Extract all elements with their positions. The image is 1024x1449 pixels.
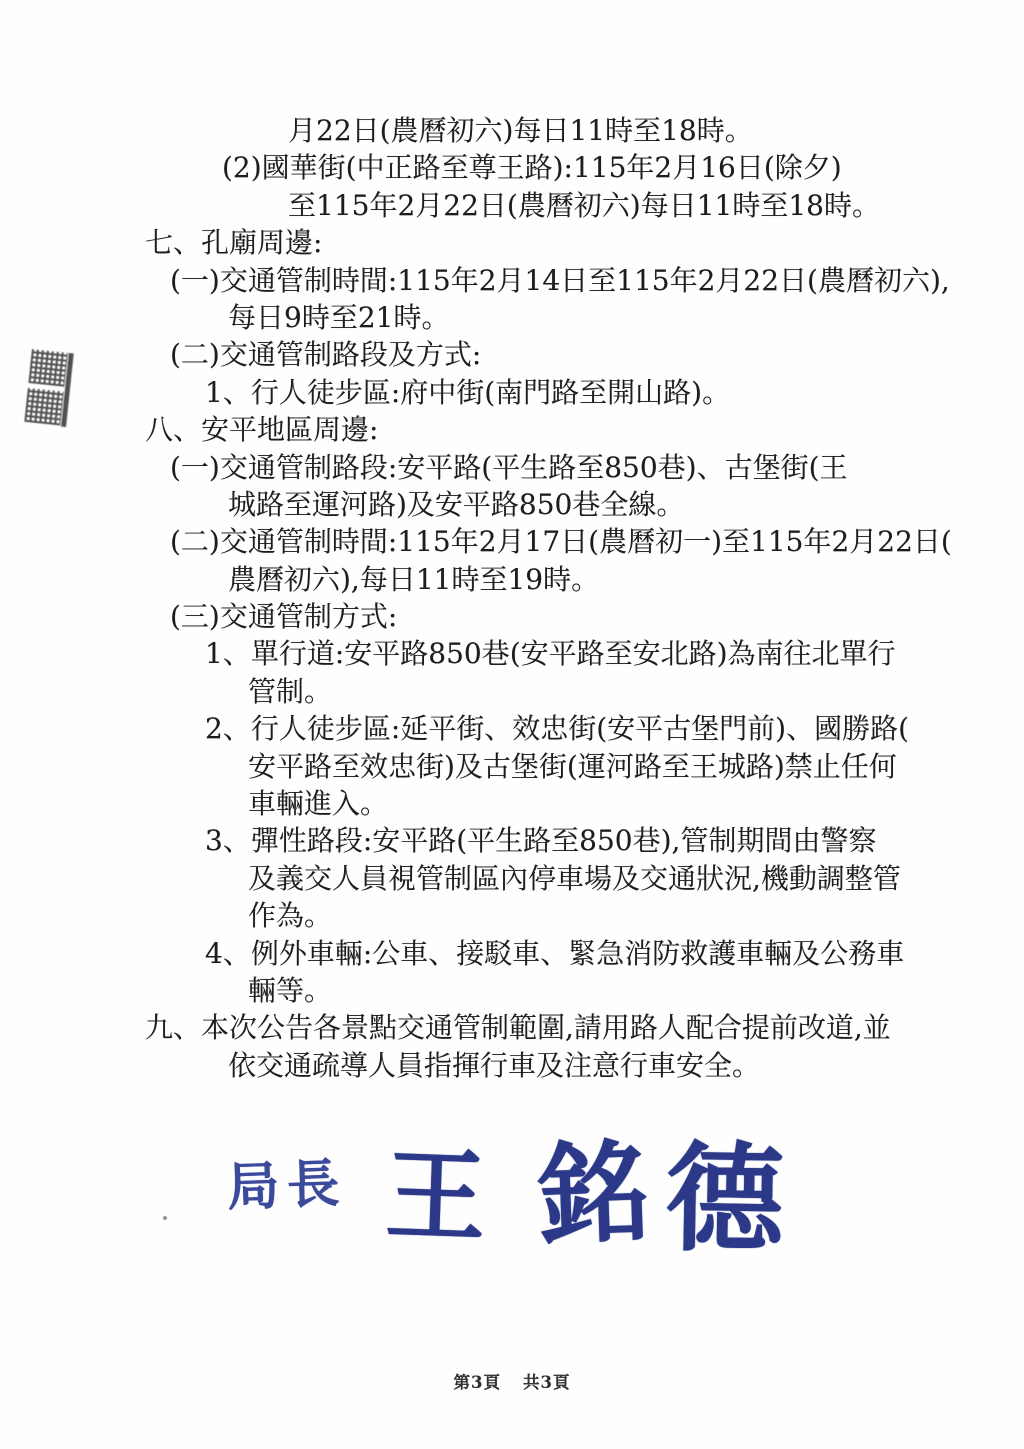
text-line: 3、彈性路段:安平路(平生路至850巷),管制期間由警察: [145, 822, 955, 859]
text-line: 每日9時至21時。: [145, 299, 955, 336]
text-line: 管制。: [145, 673, 955, 710]
text-line: 4、例外車輛:公車、接駁車、緊急消防救護車輛及公務車: [145, 935, 955, 972]
text-line-section-7: 七、孔廟周邊:: [145, 224, 955, 261]
document-body: 月22日(農曆初六)每日11時至18時。 (2)國華街(中正路至尊王路):115…: [145, 112, 955, 1084]
text-line: 作為。: [145, 897, 955, 934]
scanned-document-page: 月22日(農曆初六)每日11時至18時。 (2)國華街(中正路至尊王路):115…: [0, 0, 1024, 1449]
signature-name-char: 銘: [535, 1104, 650, 1266]
seal-character-block: [28, 349, 67, 387]
text-line: 依交通疏導人員指揮行車及注意行車安全。: [145, 1047, 955, 1084]
text-line: (二)交通管制路段及方式:: [145, 336, 955, 373]
text-line: 1、行人徒步區:府中街(南門路至開山路)。: [145, 374, 955, 411]
text-line: (三)交通管制方式:: [145, 598, 955, 635]
text-line: (一)交通管制路段:安平路(平生路至850巷)、古堡街(王: [145, 449, 955, 486]
page-number: 第3頁: [454, 1369, 501, 1393]
signature-name-char: 王: [384, 1114, 489, 1261]
text-line: 農曆初六),每日11時至19時。: [145, 561, 955, 598]
seal-character-block: [24, 388, 63, 426]
binding-seal-icon: [21, 347, 75, 429]
text-line: (2)國華街(中正路至尊王路):115年2月16日(除夕): [145, 149, 955, 186]
signature-title: 局長: [226, 1141, 349, 1220]
text-line: 至115年2月22日(農曆初六)每日11時至18時。: [145, 187, 955, 224]
text-line: 安平路至效忠街)及古堡街(運河路至王城路)禁止任何: [145, 748, 955, 785]
page-footer: 第3頁 共3頁: [0, 1369, 1024, 1393]
text-line: (一)交通管制時間:115年2月14日至115年2月22日(農曆初六),: [145, 262, 955, 299]
text-line: 城路至運河路)及安平路850巷全線。: [145, 486, 955, 523]
text-line-section-8: 八、安平地區周邊:: [145, 411, 955, 448]
text-line: 2、行人徒步區:延平街、效忠街(安平古堡門前)、國勝路(: [145, 710, 955, 747]
text-line: 及義交人員視管制區內停車場及交通狀況,機動調整管: [145, 860, 955, 897]
text-line: 月22日(農曆初六)每日11時至18時。: [145, 112, 955, 149]
signature-name-char: 德: [665, 1103, 786, 1275]
text-line: 1、單行道:安平路850巷(安平路至安北路)為南往北單行: [145, 635, 955, 672]
text-line: (二)交通管制時間:115年2月17日(農曆初一)至115年2月22日(: [145, 523, 955, 560]
text-line-section-9: 九、本次公告各景點交通管制範圍,請用路人配合提前改道,並: [145, 1009, 955, 1046]
page-total: 共3頁: [523, 1369, 570, 1393]
text-line: 車輛進入。: [145, 785, 955, 822]
text-line: 輛等。: [145, 972, 955, 1009]
ink-speck: [163, 1216, 167, 1220]
